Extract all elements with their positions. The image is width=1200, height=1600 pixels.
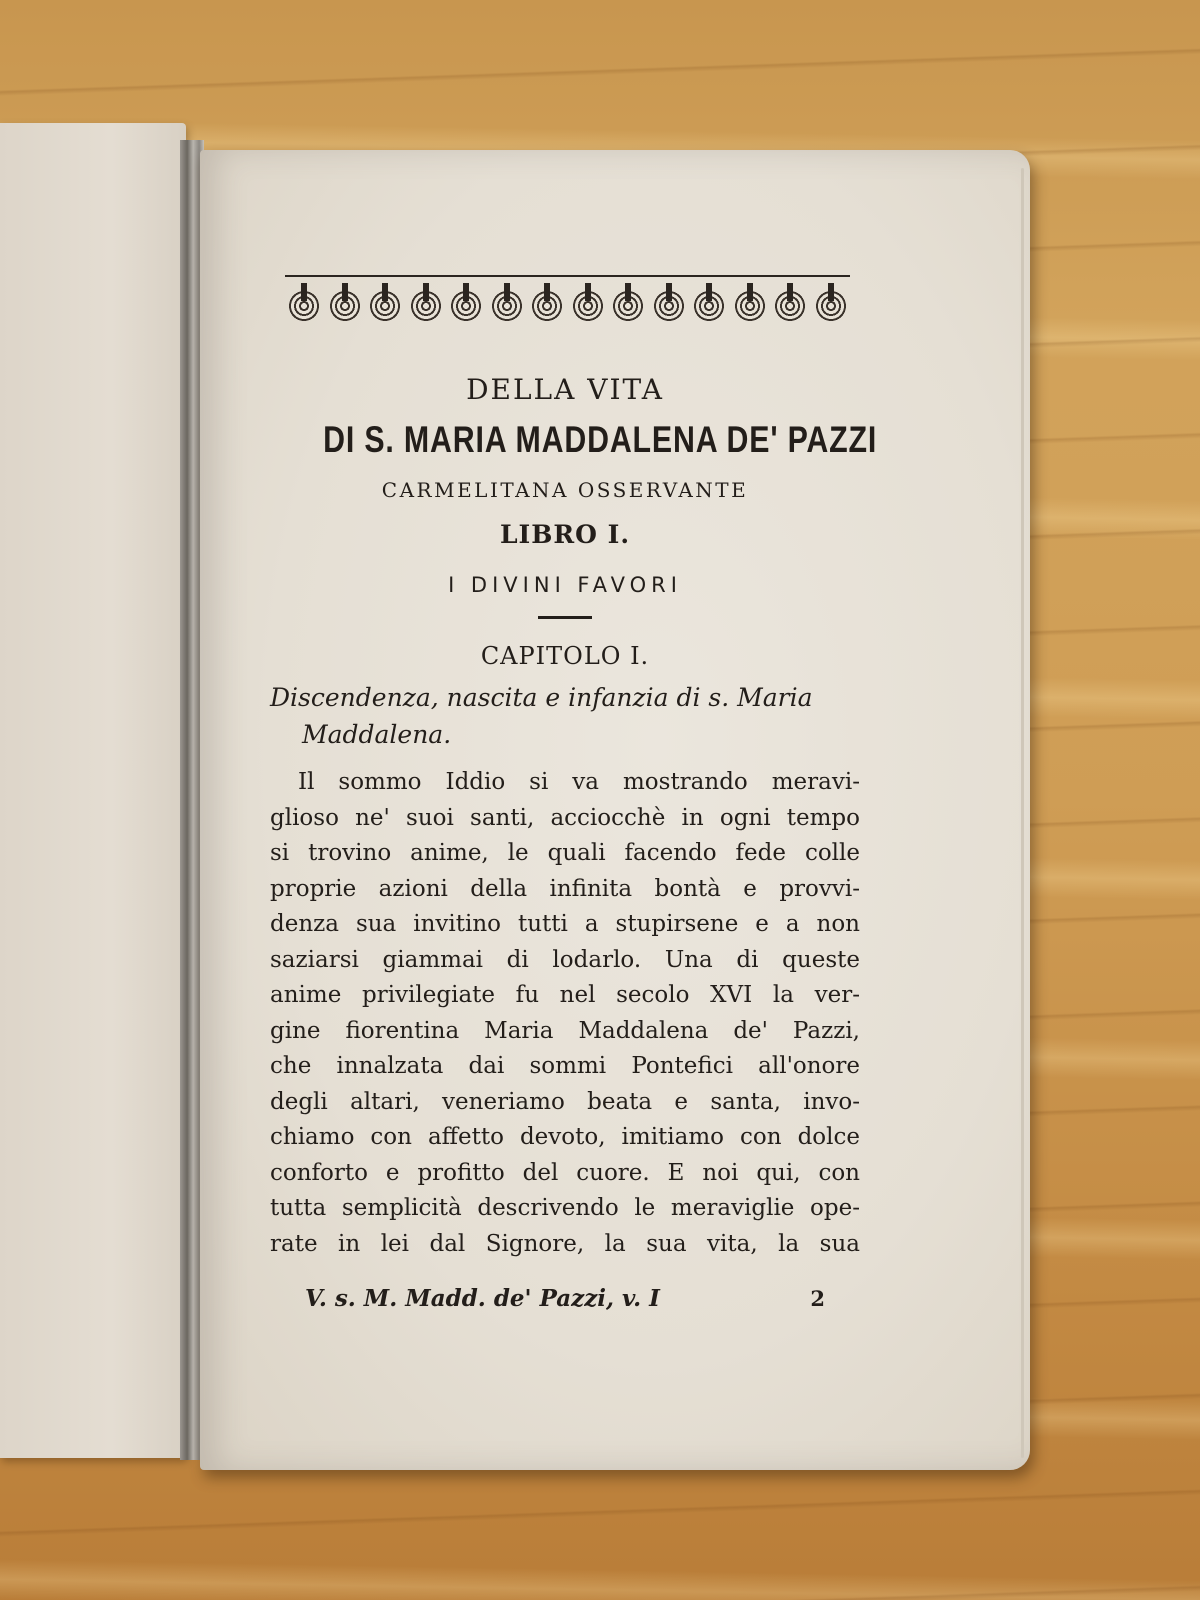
book-label: LIBRO I. (270, 510, 860, 560)
body-line: denza sua invitino tutti a stupirsene e … (270, 907, 860, 943)
body-line: che innalzata dai sommi Pontefici all'on… (270, 1049, 860, 1085)
scroll-ornament-icon (731, 289, 769, 323)
scroll-ornament-icon (812, 289, 850, 323)
scroll-ornament-icon (407, 289, 445, 323)
body-line: anime privilegiate fu nel secolo XVI la … (270, 978, 860, 1014)
body-line: gine fiorentina Maria Maddalena de' Pazz… (270, 1014, 860, 1050)
scroll-ornament-icon (326, 289, 364, 323)
body-line: rate in lei dal Signore, la sua vita, la… (270, 1227, 860, 1263)
scroll-ornament-icon (690, 289, 728, 323)
scroll-ornament-icon (650, 289, 688, 323)
chapter-label: CAPITOLO I. (270, 633, 860, 679)
scroll-ornament-icon (609, 289, 647, 323)
scroll-ornament-icon (771, 289, 809, 323)
subtitle: CARMELITANA OSSERVANTE (270, 470, 860, 510)
body-line: tutta semplicità descrivendo le meravigl… (270, 1191, 860, 1227)
body-paragraph: Il sommo Iddio si va mostrando meravi- g… (270, 765, 860, 1262)
body-line: Il sommo Iddio si va mostrando meravi- (270, 765, 860, 801)
signature-mark: 2 (810, 1286, 825, 1311)
left-page (0, 123, 186, 1458)
title-line-1: DELLA VITA (270, 370, 860, 410)
scroll-ornament-icon (285, 289, 323, 323)
chapter-title: Discendenza, nascita e infanzia di s. Ma… (270, 679, 860, 753)
page-text: DELLA VITA DI S. MARIA MADDALENA DE' PAZ… (270, 370, 860, 1262)
page-edge (1021, 168, 1024, 1458)
scroll-ornament-icon (488, 289, 526, 323)
scroll-ornament-icon (569, 289, 607, 323)
scroll-ornament-icon (528, 289, 566, 323)
body-line: conforto e profitto del cuore. E noi qui… (270, 1156, 860, 1192)
body-line: proprie azioni della infinita bontà e pr… (270, 872, 860, 908)
ornament-border (285, 275, 850, 329)
scroll-ornament-icon (366, 289, 404, 323)
chapter-title-line-1: Discendenza, nascita e infanzia di s. Ma… (270, 683, 813, 712)
body-line: degli altari, veneriamo beata e santa, i… (270, 1085, 860, 1121)
book-title: I DIVINI FAVORI (270, 560, 860, 610)
signature-line: V. s. M. Madd. de' Pazzi, v. I (305, 1285, 660, 1312)
body-line: saziarsi giammai di lodarlo. Una di ques… (270, 943, 860, 979)
section-divider (538, 616, 592, 619)
scroll-ornament-icon (447, 289, 485, 323)
body-line: chiamo con affetto devoto, imitiamo con … (270, 1120, 860, 1156)
chapter-title-line-2: Maddalena. (270, 716, 860, 753)
title-line-2: DI S. MARIA MADDALENA DE' PAZZI (323, 410, 807, 470)
body-line: glioso ne' suoi santi, acciocchè in ogni… (270, 801, 860, 837)
body-line: si trovino anime, le quali facendo fede … (270, 836, 860, 872)
page-footer: V. s. M. Madd. de' Pazzi, v. I 2 (305, 1285, 825, 1312)
